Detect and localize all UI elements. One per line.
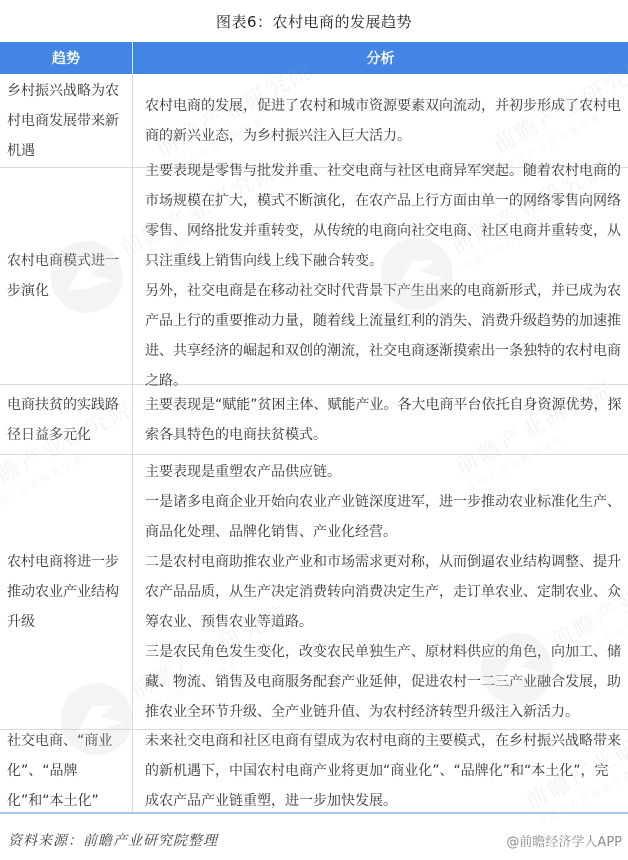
table-row: 农村电商将进一步推动农业产业结构升级 主要表现是重塑农产品供应链。 一是诸多电商… [0, 455, 628, 730]
page-title: 图表6：农村电商的发展趋势 [0, 0, 628, 42]
trend-text: 乡村振兴战略为农村电商发展带来新机遇 [7, 76, 122, 166]
analysis-paragraph: 另外，社交电商是在移动社交时代背景下产生出来的电商新形式，并已成为农产品上行的重… [145, 276, 622, 396]
table-row: 乡村振兴战略为农村电商发展带来新机遇 农村电商的发展，促进了农村和城市资源要素双… [0, 74, 628, 168]
trend-text: 电商扶贫的实践路径日益多元化 [7, 390, 122, 450]
footer: 资料来源：前瞻产业研究院整理 @前瞻经济学人APP [0, 826, 628, 854]
app-credit: @前瞻经济学人APP [506, 831, 622, 850]
analysis-paragraph: 主要表现是重塑农产品供应链。 [145, 457, 622, 487]
trend-text: 农村电商将进一步推动农业产业结构升级 [7, 547, 122, 637]
table-row: 农村电商模式进一步演化 主要表现是零售与批发并重、社交电商与社区电商异军突起。随… [0, 168, 628, 385]
analysis-paragraph: 未来社交电商和社区电商有望成为农村电商的主要模式，在乡村振兴战略带来的新机遇下，… [145, 726, 622, 816]
trend-text: 农村电商模式进一步演化 [7, 246, 122, 306]
header-cell-trend: 趋势 [0, 42, 133, 74]
trend-cell: 社交电商、“商业化”、“品牌化”和“本土化” [0, 730, 133, 812]
table-row: 社交电商、“商业化”、“品牌化”和“本土化” 未来社交电商和社区电商有望成为农村… [0, 730, 628, 812]
analysis-paragraph: 主要表现是“赋能”贫困主体、赋能产业。各大电商平台依托自身资源优势，探索各具特色… [145, 390, 622, 450]
analysis-paragraph: 二是农村电商助推农业产业和市场需求更对称，从而倒逼农业结构调整、提升农产品品质，… [145, 547, 622, 637]
trend-cell: 农村电商模式进一步演化 [0, 168, 133, 384]
table-header-row: 趋势 分析 [0, 42, 628, 74]
trend-cell: 乡村振兴战略为农村电商发展带来新机遇 [0, 74, 133, 167]
analysis-cell: 主要表现是零售与批发并重、社交电商与社区电商异军突起。随着农村电商的市场规模在扩… [133, 168, 628, 384]
table-row: 电商扶贫的实践路径日益多元化 主要表现是“赋能”贫困主体、赋能产业。各大电商平台… [0, 385, 628, 455]
analysis-cell: 未来社交电商和社区电商有望成为农村电商的主要模式，在乡村振兴战略带来的新机遇下，… [133, 730, 628, 812]
header-cell-analysis: 分析 [133, 42, 628, 74]
trend-cell: 电商扶贫的实践路径日益多元化 [0, 385, 133, 454]
analysis-paragraph: 一是诸多电商企业开始向农业产业链深度进军，进一步推动农业标准化生产、商品化处理、… [145, 487, 622, 547]
analysis-paragraph: 主要表现是零售与批发并重、社交电商与社区电商异军突起。随着农村电商的市场规模在扩… [145, 156, 622, 276]
analysis-cell: 主要表现是“赋能”贫困主体、赋能产业。各大电商平台依托自身资源优势，探索各具特色… [133, 385, 628, 454]
trends-table: 趋势 分析 乡村振兴战略为农村电商发展带来新机遇 农村电商的发展，促进了农村和城… [0, 42, 628, 814]
analysis-cell: 主要表现是重塑农产品供应链。 一是诸多电商企业开始向农业产业链深度进军，进一步推… [133, 455, 628, 729]
analysis-paragraph: 三是农民角色发生变化，改变农民单独生产、原材料供应的角色，向加工、储藏、物流、销… [145, 637, 622, 727]
report-page: 前瞻产业研究院 中国产业咨询领导者 前瞻产业研究院 中国产业咨询领导者 前瞻产业… [0, 0, 628, 860]
analysis-cell: 农村电商的发展，促进了农村和城市资源要素双向流动，并初步形成了农村电商的新兴业态… [133, 74, 628, 167]
trend-text: 社交电商、“商业化”、“品牌化”和“本土化” [7, 726, 122, 816]
analysis-paragraph: 农村电商的发展，促进了农村和城市资源要素双向流动，并初步形成了农村电商的新兴业态… [145, 91, 622, 151]
trend-cell: 农村电商将进一步推动农业产业结构升级 [0, 455, 133, 729]
source-note: 资料来源：前瞻产业研究院整理 [8, 830, 218, 850]
